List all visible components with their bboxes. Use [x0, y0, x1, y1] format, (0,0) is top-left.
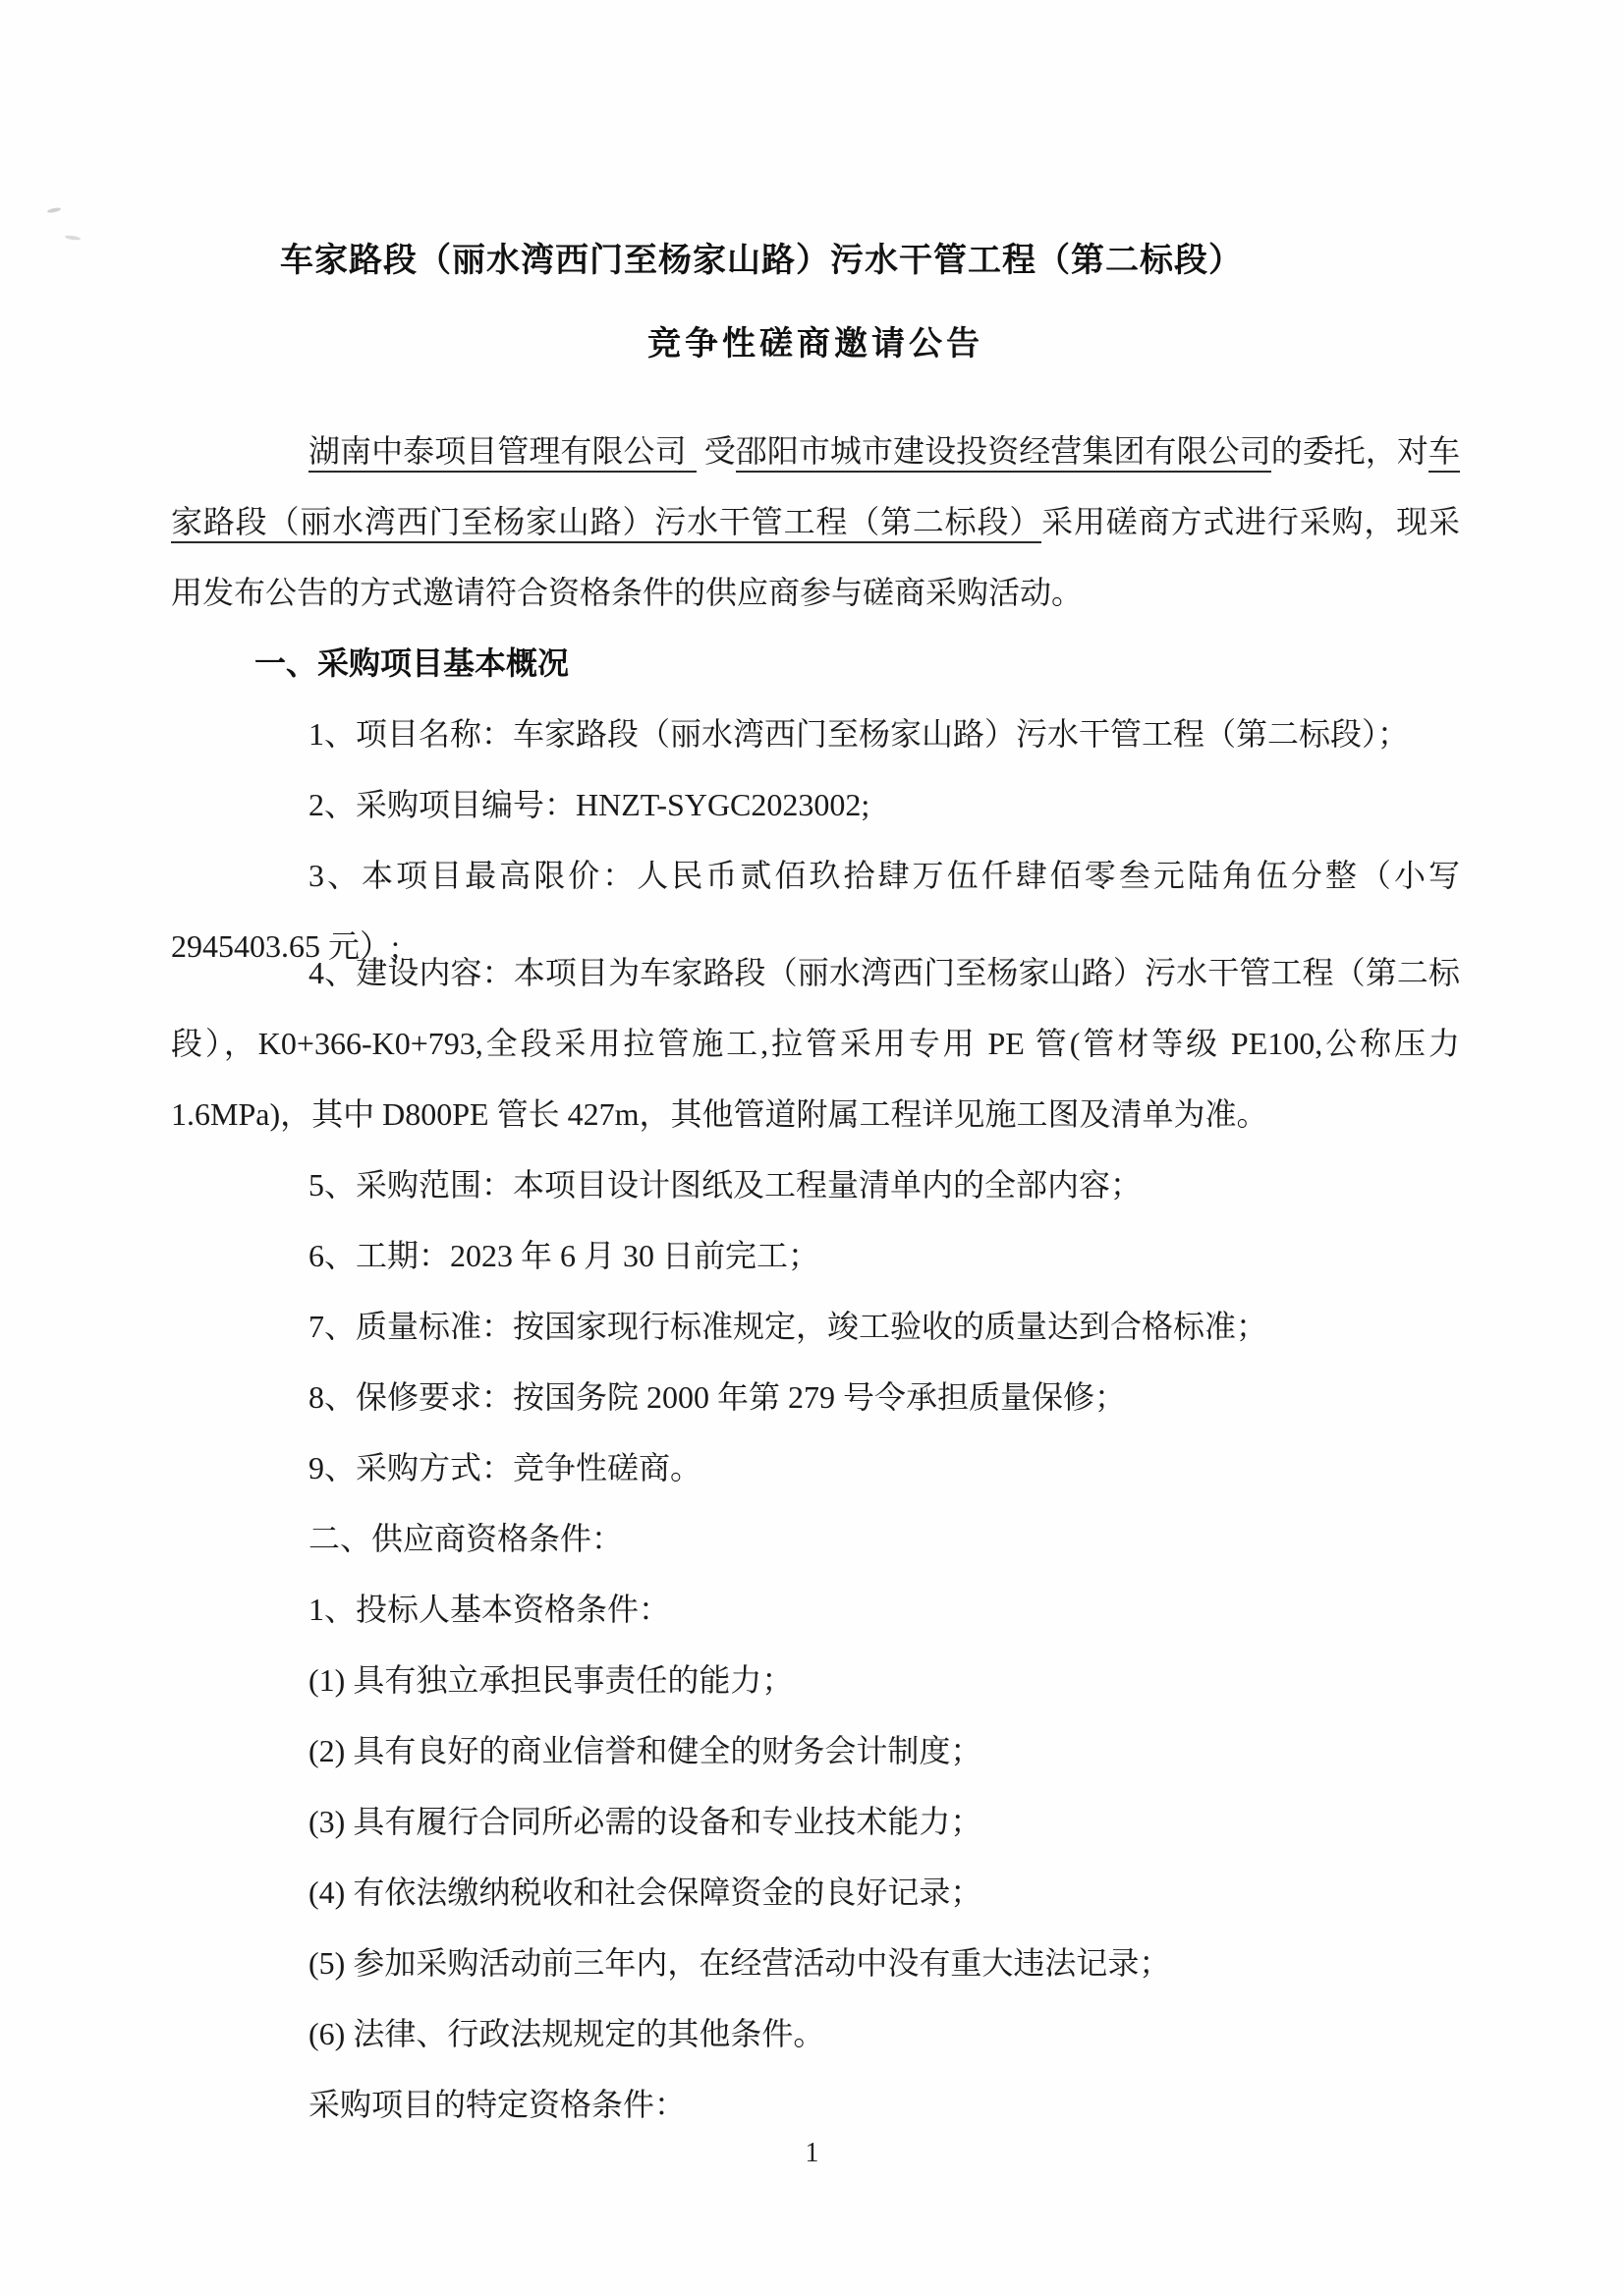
section1-item-8: 8、保修要求：按国务院 2000 年第 279 号令承担质量保修；	[171, 1362, 1460, 1432]
document-page: 车家路段（丽水湾西门至杨家山路）污水干管工程（第二标段） 竞争性磋商邀请公告 湖…	[0, 0, 1624, 2295]
section1-heading: 一、采购项目基本概况	[171, 628, 1460, 699]
document-content: 车家路段（丽水湾西门至杨家山路）污水干管工程（第二标段） 竞争性磋商邀请公告 湖…	[171, 0, 1460, 2140]
section1-item-7: 7、质量标准：按国家现行标准规定，竣工验收的质量达到合格标准；	[171, 1291, 1460, 1362]
section2-item-6: (6) 法律、行政法规规定的其他条件。	[171, 1998, 1460, 2069]
section1-item-4: 4、建设内容：本项目为车家路段（丽水湾西门至杨家山路）污水干管工程（第二标段），…	[171, 937, 1460, 1149]
section2-item-5: (5) 参加采购活动前三年内，在经营活动中没有重大违法记录；	[171, 1928, 1460, 1998]
section2-subheading: 1、投标人基本资格条件：	[171, 1574, 1460, 1645]
intro-paragraph: 湖南中泰项目管理有限公司 受邵阳市城市建设投资经营集团有限公司的委托，对车家路段…	[171, 416, 1460, 628]
section1-item-2: 2、采购项目编号：HNZT-SYGC2023002;	[171, 769, 1460, 840]
scan-smudge-mark	[47, 207, 62, 214]
intro-plain-text: 的委托，对	[1271, 433, 1428, 469]
section2-heading: 二、供应商资格条件：	[171, 1503, 1460, 1574]
section2-item-1: (1) 具有独立承担民事责任的能力；	[171, 1645, 1460, 1715]
section2-footer: 采购项目的特定资格条件：	[171, 2069, 1460, 2140]
document-subtitle: 竞争性磋商邀请公告	[171, 322, 1460, 365]
section2-item-4: (4) 有依法缴纳税收和社会保障资金的良好记录；	[171, 1857, 1460, 1928]
purchaser-name: 邵阳市城市建设投资经营集团有限公司	[736, 433, 1271, 473]
section1-item-9: 9、采购方式：竞争性磋商。	[171, 1432, 1460, 1503]
section1-item-1: 1、项目名称：车家路段（丽水湾西门至杨家山路）污水干管工程（第二标段）；	[171, 699, 1460, 769]
page-number: 1	[0, 2137, 1624, 2170]
scan-smudge-mark	[65, 235, 81, 241]
section2-item-2: (2) 具有良好的商业信誉和健全的财务会计制度；	[171, 1715, 1460, 1786]
document-title: 车家路段（丽水湾西门至杨家山路）污水干管工程（第二标段）	[117, 239, 1406, 282]
intro-connector-text: 受	[697, 433, 736, 469]
section1-item-6: 6、工期：2023 年 6 月 30 日前完工；	[171, 1220, 1460, 1291]
section1-item-5: 5、采购范围：本项目设计图纸及工程量清单内的全部内容；	[171, 1149, 1460, 1220]
section2-item-3: (3) 具有履行合同所必需的设备和专业技术能力；	[171, 1786, 1460, 1857]
agency-name: 湖南中泰项目管理有限公司	[308, 433, 697, 473]
